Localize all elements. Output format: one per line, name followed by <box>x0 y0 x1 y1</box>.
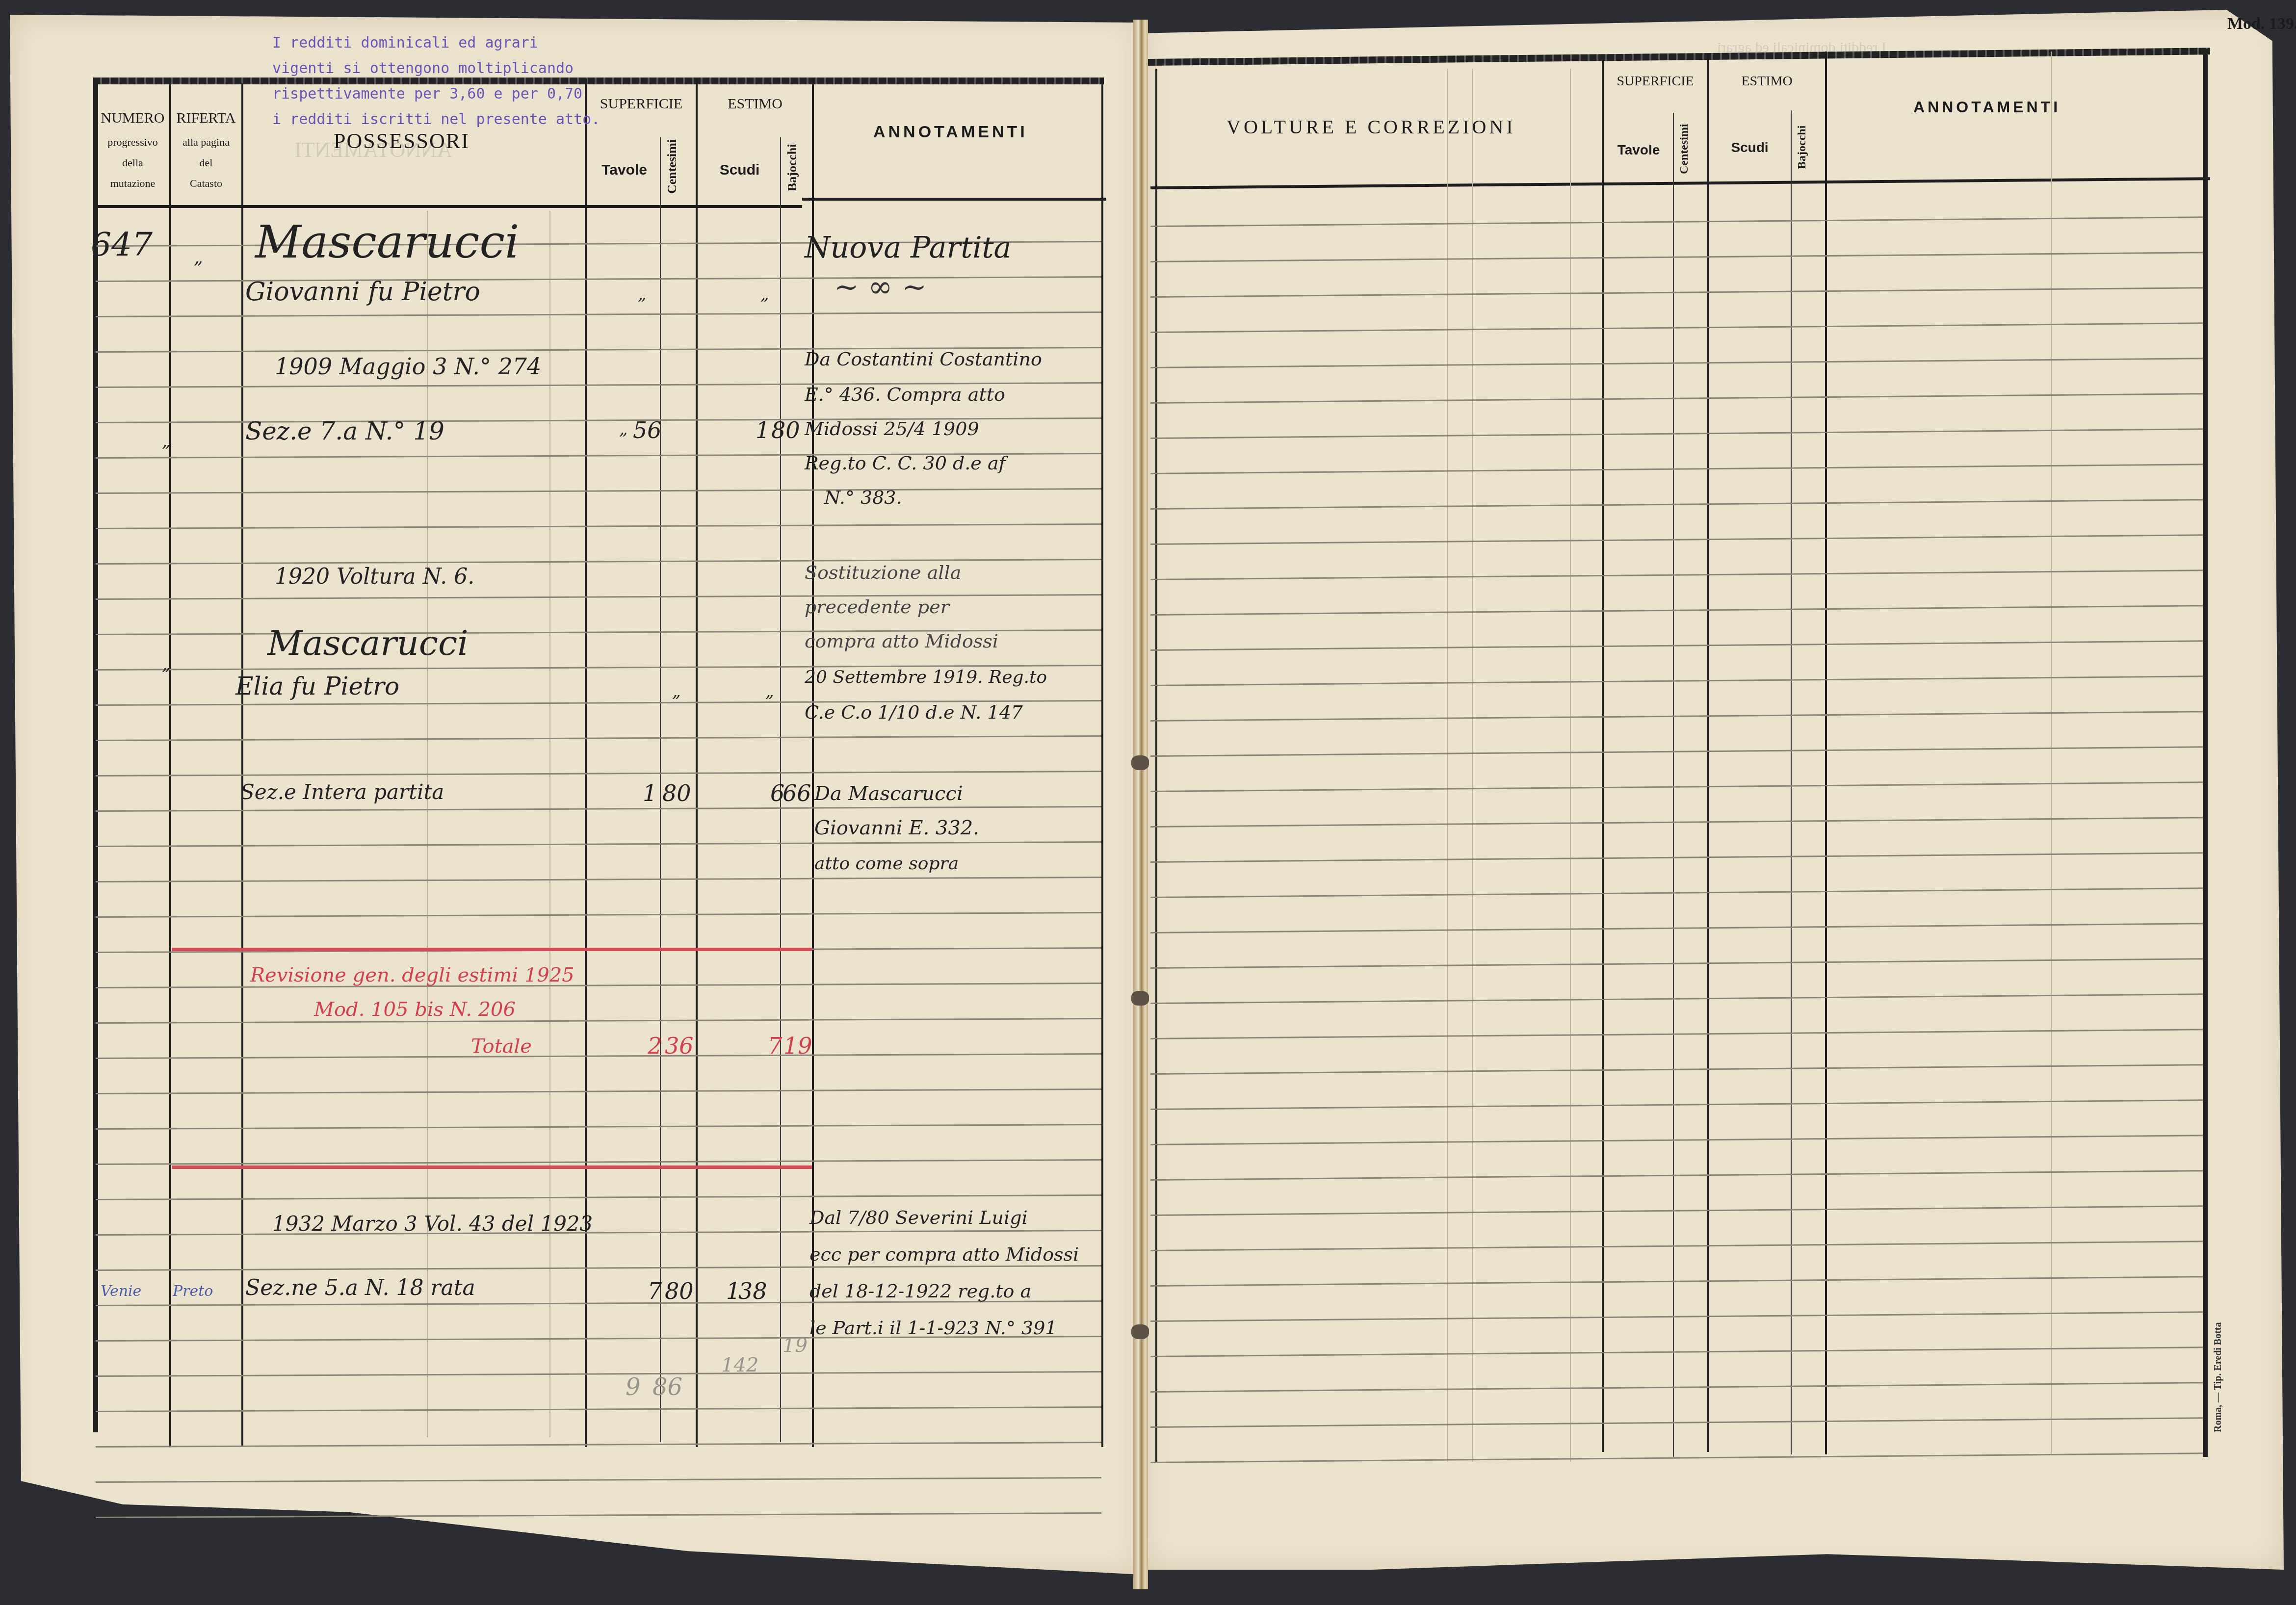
entry-annotamento: precedente per <box>805 596 949 618</box>
entry-possessore: 1909 Maggio 3 N.° 274 <box>275 353 541 380</box>
header-estimo: ESTIMO <box>1710 74 1824 89</box>
binding-knot <box>1131 755 1149 770</box>
faint-divider <box>1472 69 1473 1462</box>
column-divider <box>696 78 698 1447</box>
total-tavole: 2 <box>648 1033 662 1059</box>
entry-tavole: „ <box>638 285 647 304</box>
entry-possessore: Sez.ne 5.a N. 18 rata <box>245 1275 475 1300</box>
entry-bajocchi: 80 <box>771 417 800 443</box>
entry-possessore: 1920 Voltura N. 6. <box>275 564 474 589</box>
header-numero: NUMERO progressivo della mutazione <box>97 104 168 193</box>
column-divider <box>1673 113 1674 1457</box>
entry-bajocchi: 66 <box>783 780 811 806</box>
entry-numero: 647 <box>91 226 153 263</box>
entry-annotamento: Dal 7/80 Severini Luigi <box>809 1207 1028 1228</box>
entry-annotamento: del 18-12-1922 reg.to a <box>809 1280 1031 1302</box>
entry-annotamento: Da Costantini Costantino <box>805 348 1042 370</box>
header-estimo: ESTIMO <box>699 96 811 112</box>
book-spine <box>1133 20 1148 1589</box>
header-superficie: SUPERFICIE <box>1604 74 1706 89</box>
header-annotamenti: ANNOTAMENTI <box>873 123 1028 142</box>
entry-annotamento: Da Mascarucci <box>814 782 963 805</box>
total-label: Totale <box>471 1035 532 1058</box>
entry-centesimi: 56 <box>633 417 662 443</box>
entry-scudi: „ <box>765 682 774 701</box>
header-riferta: RIFERTA alla pagina del Catasto <box>172 104 240 193</box>
entry-annotamento: compra atto Midossi <box>805 630 998 652</box>
flourish: ~ ∞ ~ <box>834 270 927 304</box>
entry-possessore: Sez.e 7.a N.° 19 <box>245 417 444 445</box>
printer-imprint: Roma, — Tip. Eredi Botta <box>2213 1322 2224 1432</box>
entry-annotamento: C.e C.o 1/10 d.e N. 147 <box>805 701 1023 723</box>
entry-scudi: „ <box>760 285 769 304</box>
binding-knot <box>1131 991 1149 1006</box>
column-divider <box>660 137 661 1442</box>
column-divider <box>241 83 243 1447</box>
header-bajocchi: Bajocchi <box>1796 126 1809 169</box>
faint-divider <box>1447 69 1448 1462</box>
header-tavole: Tavole <box>1605 142 1672 158</box>
revision-note: Mod. 105 bis N. 206 <box>314 998 516 1021</box>
entry-annotamento: le Part.i il 1-1-923 N.° 391 <box>809 1317 1057 1339</box>
column-divider <box>1791 110 1792 1454</box>
stamp-line: vigenti si ottengono moltiplicando <box>272 56 574 81</box>
binding-knot <box>1131 1324 1149 1339</box>
entry-possessore: Elia fu Pietro <box>235 672 399 700</box>
entry-annotamento: atto come sopra <box>814 854 959 874</box>
header-possessori: POSSESSORI <box>334 129 470 154</box>
entry-annotamento: ecc per compra atto Midossi <box>809 1243 1079 1265</box>
pencil-tavole: 9 <box>626 1373 641 1401</box>
entry-tavole: 7 <box>648 1278 662 1304</box>
column-divider <box>1155 69 1157 1462</box>
entry-annotamento: E.° 436. Compra atto <box>805 384 1005 405</box>
column-divider <box>1707 54 1709 1452</box>
entry-scudi: 1 <box>756 417 770 443</box>
column-divider <box>1101 78 1103 1447</box>
entry-possessore: Mascarucci <box>267 623 469 663</box>
header-volture: VOLTURE E CORREZIONI <box>1226 115 1516 138</box>
entry-tavole: „ <box>619 419 628 439</box>
header-top-rule <box>93 78 1104 84</box>
entry-annotamento: Midossi 25/4 1909 <box>805 418 979 440</box>
column-divider <box>1602 59 1604 1452</box>
pencil-centesimi: 86 <box>652 1373 682 1401</box>
entry-possessore: Giovanni fu Pietro <box>245 277 480 307</box>
entry-possessore: 1932 Marzo 3 Vol. 43 del 1923 <box>272 1212 593 1236</box>
total-centesimi: 36 <box>665 1033 694 1059</box>
column-divider <box>585 78 587 1447</box>
faint-divider <box>427 211 428 1437</box>
form-number: Mod. 139. <box>2227 15 2296 33</box>
header-superficie: SUPERFICIE <box>588 96 695 112</box>
red-rule <box>172 1165 812 1169</box>
entry-annotamento: Nuova Partita <box>805 231 1011 265</box>
pencil-scudi: 142 <box>721 1354 758 1376</box>
header-bajocchi: Bajocchi <box>785 144 800 191</box>
header-annotamenti: ANNOTAMENTI <box>1913 98 2061 116</box>
header-scudi: Scudi <box>699 162 780 179</box>
entry-riferta: „ <box>162 655 171 674</box>
header-centesimi: Centesimi <box>1678 124 1691 174</box>
column-divider <box>169 83 171 1447</box>
pencil-bajocchi: 19 <box>783 1334 808 1357</box>
entry-annotamento: Reg.to C. C. 30 d.e af <box>805 452 1006 474</box>
right-border <box>2203 49 2208 1457</box>
entry-possessore: Sez.e Intera partita <box>240 780 444 804</box>
entry-tavole: „ <box>672 682 681 701</box>
red-rule <box>172 948 812 951</box>
header-scudi: Scudi <box>1710 140 1790 155</box>
total-bajocchi: 19 <box>783 1033 812 1059</box>
entry-tavole: 1 <box>643 780 657 806</box>
column-divider <box>812 78 814 1447</box>
entry-possessore: Mascarucci <box>255 216 519 268</box>
total-scudi: 7 <box>768 1033 782 1059</box>
entry-annotamento: N.° 383. <box>824 487 902 508</box>
entry-numero: Venie <box>101 1283 141 1300</box>
entry-annotamento: 20 Settembre 1919. Reg.to <box>805 667 1047 687</box>
entry-riferta: „ <box>162 432 171 451</box>
entry-riferta: Preto <box>173 1283 213 1300</box>
faint-divider <box>549 211 550 1437</box>
entry-centesimi: 80 <box>665 1278 694 1304</box>
header-tavole: Tavole <box>589 162 660 179</box>
faint-divider <box>1570 69 1571 1462</box>
revision-note: Revisione gen. degli estimi 1925 <box>250 964 574 986</box>
entry-annotamento: Sostituzione alla <box>805 562 961 583</box>
entry-bajocchi: 38 <box>738 1278 767 1304</box>
header-bottom-rule <box>802 198 1106 201</box>
header-centesimi: Centesimi <box>665 139 679 194</box>
entry-riferta: „ <box>194 248 203 268</box>
entry-annotamento: Giovanni E. 332. <box>814 817 979 839</box>
stamp-line: I redditi dominicali ed agrari <box>272 30 538 56</box>
faint-divider <box>2051 52 2052 1454</box>
entry-centesimi: 80 <box>662 780 691 806</box>
stamp-line: rispettivamente per 3,60 e per 0,70 <box>272 81 582 107</box>
